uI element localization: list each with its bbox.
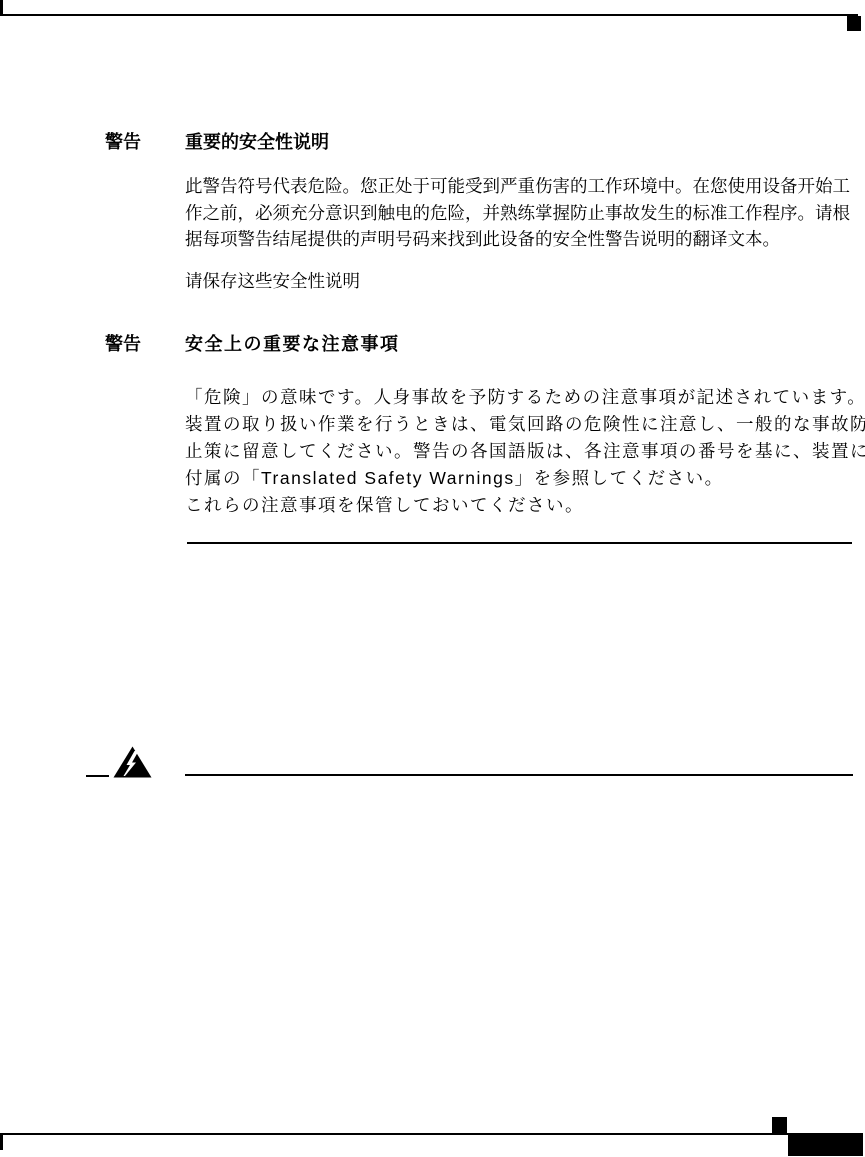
footer-rule <box>0 1133 788 1135</box>
warning-label-chinese: 警告 <box>105 131 141 153</box>
warning-body-line: 付属の「Translated Safety Warnings」を参照してください… <box>185 465 865 492</box>
warning-body-line: 装置の取り扱い作業を行うときは、電気回路の危険性に注意し、一般的な事故防 <box>185 411 865 438</box>
warning-icon-rule-left <box>86 775 109 777</box>
top-rule <box>0 14 858 16</box>
section-divider-rule <box>187 542 852 544</box>
warning-body-line: 此警告符号代表危险。您正处于可能受到严重伤害的工作环境中。在您使用设备开始工 <box>185 173 850 200</box>
footer-left-edge-tick <box>0 1133 3 1150</box>
footer-corner-mark <box>772 1117 787 1133</box>
warning-body-line: 「危険」の意味です。人身事故を予防するための注意事項が記述されています。 <box>185 384 865 411</box>
warning-body-japanese: 「危険」の意味です。人身事故を予防するための注意事項が記述されています。 装置の… <box>185 384 865 492</box>
document-page: 警告 重要的安全性说明 此警告符号代表危险。您正处于可能受到严重伤害的工作环境中… <box>0 0 865 1157</box>
warning-label-japanese: 警告 <box>105 333 141 355</box>
top-right-corner-mark <box>847 16 861 31</box>
warning-closing-japanese: これらの注意事項を保管しておいてください。 <box>185 494 584 516</box>
lightning-bolt-warning-triangle-icon <box>113 746 152 778</box>
warning-body-chinese: 此警告符号代表危险。您正处于可能受到严重伤害的工作环境中。在您使用设备开始工 作… <box>185 173 850 253</box>
warning-body-line: 止策に留意してください。警告の各国語版は、各注意事項の番号を基に、装置に <box>185 438 865 465</box>
warning-title-japanese: 安全上の重要な注意事項 <box>185 333 400 355</box>
warning-icon-rule-right <box>185 774 853 776</box>
warning-closing-chinese: 请保存这些安全性说明 <box>185 270 360 292</box>
warning-body-line: 作之前，必须充分意识到触电的危险，并熟练掌握防止事故发生的标准工作程序。请根 <box>185 200 850 227</box>
warning-body-line: 据每项警告结尾提供的声明号码来找到此设备的安全性警告说明的翻译文本。 <box>185 226 850 253</box>
warning-title-chinese: 重要的安全性说明 <box>185 131 329 153</box>
footer-page-tab <box>788 1133 863 1156</box>
